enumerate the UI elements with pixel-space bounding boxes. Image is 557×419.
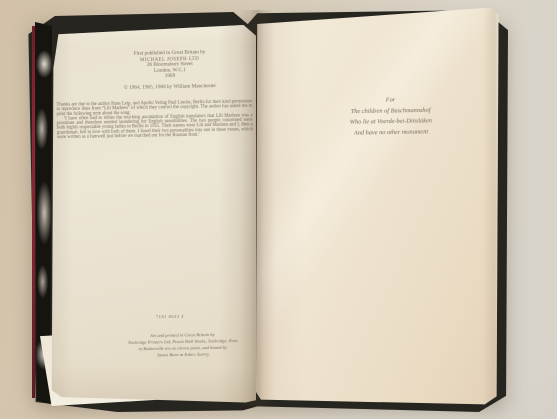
photo-background: First published in Great Britain by MICH… (0, 0, 557, 419)
acknowledgement-paragraph-2: ‘I have often had to refute the touching… (57, 113, 253, 140)
dedication-text: For The children of Buschmannshof Who li… (315, 94, 466, 169)
dedication-line: And have no other monument (316, 126, 466, 139)
printer-colophon: Set and printed in Great Britain by Tonb… (95, 330, 271, 385)
sbn-number: 7181 0633 4 (120, 313, 220, 325)
acknowledgement-block: Thanks are due to the author Hans Leip, … (56, 99, 253, 177)
jacket-red-stripe (32, 26, 35, 398)
dedication-page (256, 6, 502, 406)
right-page-shading (256, 6, 502, 406)
